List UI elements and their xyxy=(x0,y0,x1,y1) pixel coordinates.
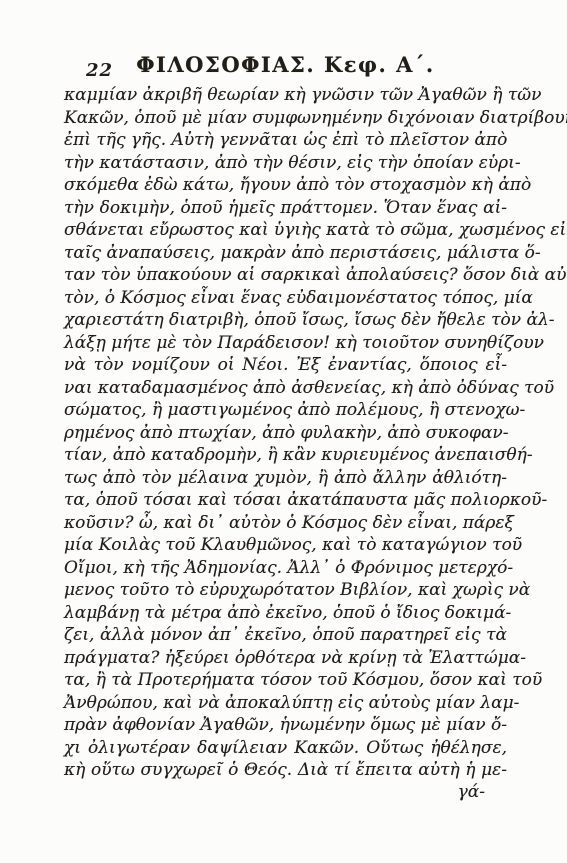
text-line: μία Κοιλὰς τοῦ Κλαυθμῶνος, καὶ τὸ καταγώ… xyxy=(64,534,507,557)
text-line: λαμβάνῃ τὰ μέτρα ἀπὸ ἐκεῖνο, ὁποῦ ὁ ἴδιο… xyxy=(64,602,507,625)
text-line: χαριεστάτη διατριβὴ, ὁποῦ ἴσως, ἴσως δὲν… xyxy=(64,309,507,332)
text-line: τὴν δοκιμὴν, ὁποῦ ἡμεῖς πράττομεν. Ὅταν … xyxy=(64,197,507,220)
text-line: πράγματα? ἠξεύρει ὀρθότερα νὰ κρίνῃ τὰ Ἐ… xyxy=(64,647,507,670)
text-line: κοῦσιν? ὦ, καὶ δι᾽ αὐτὸν ὁ Κόσμος δὲν εἶ… xyxy=(64,512,507,535)
text-line: Ἀνθρώπου, καὶ νὰ ἀποκαλύπτῃ εἰς αὐτοὺς μ… xyxy=(64,692,507,715)
text-line: ἐπὶ τῆς γῆς. Αὐτὴ γεννᾶται ὡς ἐπὶ τὸ πλε… xyxy=(64,129,507,152)
text-line: ζει, ἀλλὰ μόνον ἀπ᾽ ἐκεῖνο, ὁποῦ παρατηρ… xyxy=(64,624,507,647)
text-line: σώματος, ἢ μαστιγωμένος ἀπὸ πολέμους, ἢ … xyxy=(64,399,507,422)
text-line: ταῖς ἀναπαύσεις, μακρὰν ἀπὸ περιστάσεις,… xyxy=(64,242,507,265)
text-line: καμμίαν ἀκριβῆ θεωρίαν κὴ γνῶσιν τῶν Ἀγα… xyxy=(64,84,507,107)
book-page-scan: 22 ΦΙΛΟΣΟΦΙΑΣ. Κεφ. Α´. καμμίαν ἀκριβῆ θ… xyxy=(0,0,567,863)
text-line: κὴ οὕτω συγχωρεῖ ὁ Θεός. Διὰ τί ἔπειτα α… xyxy=(64,759,507,782)
text-line: μενος τοῦτο τὸ εὐρυχωρότατον Βιβλίον, κα… xyxy=(64,579,507,602)
text-line: Κακῶν, ὁποῦ μὲ μίαν συμφωνημένην διχόνοι… xyxy=(64,107,507,130)
text-line: χι ὀλιγωτέραν δαψίλειαν Κακῶν. Οὕτως ἠθέ… xyxy=(64,737,507,760)
text-line: τίαν, ἀπὸ καταδρομὴν, ἢ κἂν κυριευμένος … xyxy=(64,444,507,467)
catchword: γά- xyxy=(458,782,485,802)
catchword-row: γά- xyxy=(64,782,507,802)
text-line: σθάνεται εὔρωστος καὶ ὑγιὴς κατὰ τὸ σῶμα… xyxy=(64,219,507,242)
text-line: πρὰν ἀφθονίαν Ἀγαθῶν, ἡνωμένην ὅμως μὲ μ… xyxy=(64,714,507,737)
text-line: τως ἀπὸ τὸν μέλαινα χυμὸν, ἢ ἀπὸ ἄλλην ἀ… xyxy=(64,467,507,490)
text-line: ναι καταδαμασμένος ἀπὸ ἀσθενείας, κὴ ἀπὸ… xyxy=(64,377,507,400)
text-line: λάξῃ μήτε μὲ τὸν Παράδεισον! κὴ τοιοῦτον… xyxy=(64,332,507,355)
text-line: τὸν, ὁ Κόσμος εἶναι ἕνας εὐδαιμονέστατος… xyxy=(64,287,507,310)
text-line: νὰ τὸν νομίζουν οἱ Νέοι. Ἐξ ἐναντίας, ὅπ… xyxy=(64,354,507,377)
body-text-block: καμμίαν ἀκριβῆ θεωρίαν κὴ γνῶσιν τῶν Ἀγα… xyxy=(64,84,507,782)
text-line: τα, ὁποῦ τόσαι καὶ τόσαι ἀκατάπαυστα μᾶς… xyxy=(64,489,507,512)
running-head-title: ΦΙΛΟΣΟΦΙΑΣ. Κεφ. Α´. xyxy=(64,52,507,77)
text-line: σκόμεθα ἐδὼ κάτω, ἤγουν ἀπὸ τὸν στοχασμὸ… xyxy=(64,174,507,197)
text-line: ταν τὸν ὑπακούουν αἱ σαρκικαὶ ἀπολαύσεις… xyxy=(64,264,507,287)
text-line: Οἴμοι, κὴ τῆς Ἀδημονίας. Ἀλλ᾽ ὁ Φρόνιμος… xyxy=(64,557,507,580)
text-line: τὴν κατάστασιν, ἀπὸ τὴν θέσιν, εἰς τὴν ὁ… xyxy=(64,152,507,175)
running-head-row: 22 ΦΙΛΟΣΟΦΙΑΣ. Κεφ. Α´. xyxy=(64,52,507,82)
text-line: ρημένος ἀπὸ πτωχίαν, ἀπὸ φυλακὴν, ἀπὸ συ… xyxy=(64,422,507,445)
text-line: τα, ἢ τὰ Προτερήματα τόσον τοῦ Κόσμου, ὅ… xyxy=(64,669,507,692)
